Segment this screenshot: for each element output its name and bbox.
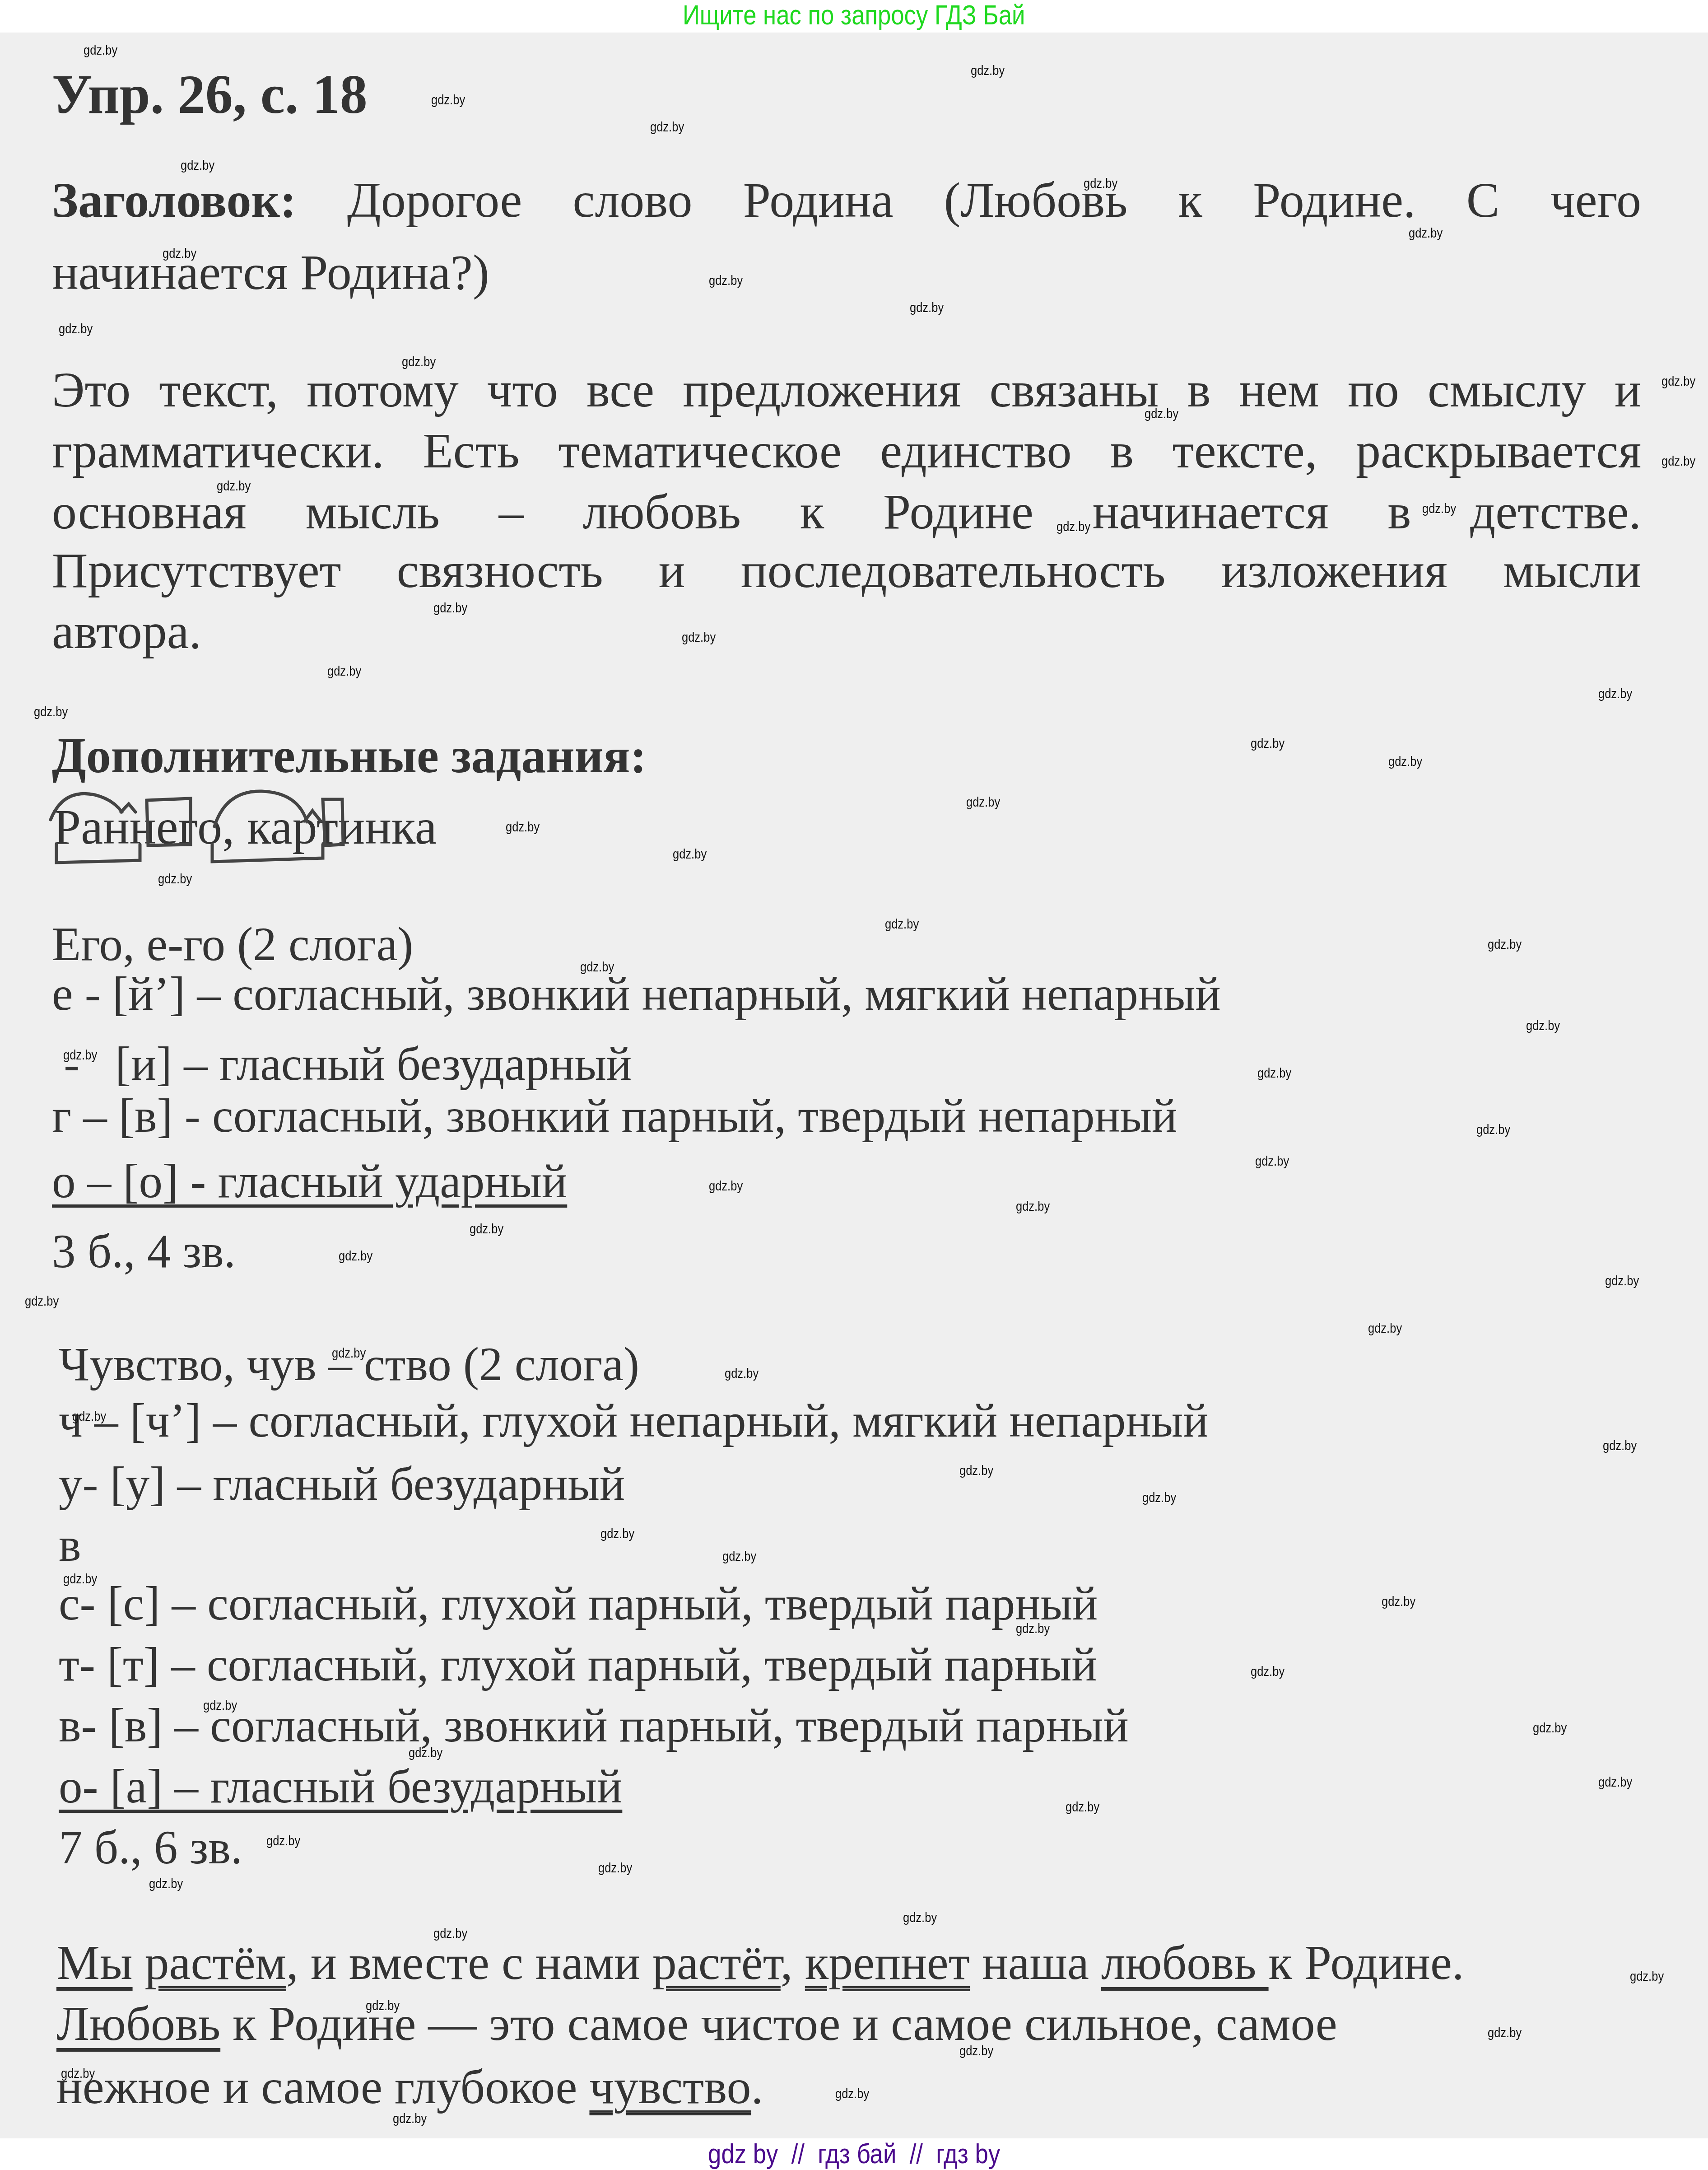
phonetic-summary: 3 б., 4 зв. — [52, 1224, 236, 1279]
watermark: gdz.by — [470, 1222, 503, 1237]
sentence-line-3: нежное и самое глубокое чувство. — [56, 2059, 763, 2115]
watermark: gdz.by — [1488, 2025, 1522, 2041]
paragraph-line: Это текст, потому что все предложения св… — [52, 361, 1641, 419]
watermark: gdz.by — [971, 63, 1005, 79]
paragraph-line: автора. — [52, 603, 201, 660]
phonetic-header: Его, е-го (2 слога) — [52, 917, 413, 971]
watermark: gdz.by — [431, 93, 465, 108]
phonetic-line: ч – [ч’] – согласный, глухой непарный, м… — [59, 1393, 1208, 1448]
text: , — [781, 1936, 805, 1990]
watermark: gdz.by — [25, 1294, 59, 1309]
top-banner-text: Ищите нас по запросу ГДЗ Бай — [683, 0, 1025, 31]
watermark: gdz.by — [580, 960, 614, 975]
heading-word: слово — [573, 173, 693, 228]
text — [133, 1936, 145, 1990]
phonetic-line: о – [о] - гласный ударный — [52, 1154, 567, 1209]
text: наша — [970, 1936, 1101, 1990]
watermark: gdz.by — [885, 917, 919, 932]
text: к Родине. — [1269, 1936, 1464, 1990]
watermark: gdz.by — [217, 479, 251, 494]
watermark: gdz.by — [682, 630, 716, 645]
paragraph-line: грамматически. Есть тематическое единств… — [52, 422, 1641, 480]
predicate: чувство — [589, 2060, 751, 2114]
heading-label: Заголовок: — [52, 173, 296, 228]
watermark: gdz.by — [332, 1346, 366, 1361]
phonetic-summary: 7 б., 6 зв. — [59, 1820, 242, 1875]
watermark: gdz.by — [1142, 1490, 1176, 1506]
bottom-banner: gdz by // гдз бай // гдз by — [0, 2138, 1708, 2170]
watermark: gdz.by — [59, 322, 93, 337]
suffix-caret-icon — [305, 811, 321, 821]
watermark: gdz.by — [1488, 937, 1522, 952]
phonetic-header: Чувство, чув – ство (2 слога) — [59, 1337, 639, 1391]
watermark: gdz.by — [1605, 1274, 1639, 1289]
watermark: gdz.by — [1255, 1154, 1289, 1169]
watermark: gdz.by — [709, 1179, 743, 1194]
watermark: gdz.by — [72, 1409, 106, 1424]
phonetic-line: в — [59, 1517, 81, 1572]
watermark: gdz.by — [722, 1549, 756, 1564]
watermark: gdz.by — [1526, 1018, 1560, 1034]
text: нежное и самое глубокое — [56, 2060, 589, 2114]
watermark: gdz.by — [903, 1910, 937, 1926]
watermark: gdz.by — [835, 2086, 869, 2102]
predicate: растём — [145, 1936, 286, 1990]
watermark: gdz.by — [966, 795, 1000, 810]
watermark: gdz.by — [1251, 1664, 1284, 1680]
heading-word: Родине. — [1253, 173, 1415, 228]
watermark: gdz.by — [266, 1834, 300, 1849]
watermark: gdz.by — [366, 1998, 400, 2014]
subject: Любовь — [56, 1997, 220, 2051]
watermark: gdz.by — [1016, 1199, 1050, 1214]
watermark: gdz.by — [1145, 406, 1178, 422]
watermark: gdz.by — [673, 847, 707, 862]
extra-tasks-heading: Дополнительные задания: — [52, 727, 647, 784]
watermark: gdz.by — [1630, 1969, 1664, 1984]
watermark: gdz.by — [1382, 1594, 1415, 1610]
phonetic-line: т- [т] – согласный, глухой парный, тверд… — [59, 1637, 1097, 1692]
watermark: gdz.by — [1603, 1438, 1637, 1454]
root-arc-icon — [51, 793, 122, 820]
watermark: gdz.by — [1257, 1066, 1291, 1081]
watermark: gdz.by — [84, 43, 117, 58]
watermark: gdz.by — [1661, 454, 1695, 469]
watermark: gdz.by — [959, 1463, 993, 1479]
paragraph-line: Присутствует связность и последовательно… — [52, 542, 1641, 599]
watermark: gdz.by — [402, 355, 436, 370]
phonetic-line: о- [а] – гласный безударный — [59, 1759, 622, 1814]
heading-line-1: Заголовок: Дорогое слово Родина (Любовь … — [52, 172, 1641, 229]
ending-box-icon — [147, 798, 191, 845]
heading-word: Дорогое — [347, 173, 522, 228]
predicate: растёт — [652, 1936, 781, 1990]
watermark: gdz.by — [327, 664, 361, 679]
page-title: Упр. 26, с. 18 — [52, 63, 368, 126]
watermark: gdz.by — [181, 158, 214, 173]
heading-line-2: начинается Родина?) — [52, 244, 489, 301]
watermark: gdz.by — [1016, 1621, 1050, 1637]
stem-bracket-icon — [56, 845, 140, 863]
watermark: gdz.by — [63, 1048, 97, 1063]
watermark: gdz.by — [61, 2066, 95, 2081]
subject: Мы — [56, 1936, 133, 1990]
watermark: gdz.by — [1422, 501, 1456, 517]
watermark: gdz.by — [506, 820, 540, 835]
text: . — [751, 2060, 763, 2114]
watermark: gdz.by — [959, 2044, 993, 2059]
morpheme-marks — [45, 786, 497, 876]
watermark: gdz.by — [1409, 226, 1443, 241]
suffix-caret-icon — [121, 804, 135, 812]
text: , и вместе с нами — [286, 1936, 652, 1990]
phonetic-line: - [и] – гласный безударный — [52, 1036, 632, 1091]
phonetic-line: е - [й’] – согласный, звонкий непарный, … — [52, 966, 1221, 1021]
morpheme-analysis: Раннего, картинка — [45, 786, 497, 876]
watermark: gdz.by — [1533, 1721, 1567, 1736]
root-arc-icon — [214, 791, 307, 826]
phonetic-line: у- [у] – гласный безударный — [59, 1456, 625, 1511]
paragraph-line: основная мысль – любовь к Родине начинае… — [52, 483, 1641, 541]
watermark: gdz.by — [34, 705, 68, 720]
sentence-line-2: Любовь к Родине — это самое чистое и сам… — [56, 1996, 1337, 2052]
watermark: gdz.by — [598, 1861, 632, 1876]
phonetic-line: с- [с] – согласный, глухой парный, тверд… — [59, 1576, 1098, 1631]
watermark: gdz.by — [725, 1366, 759, 1381]
phonetic-line: г – [в] - согласный, звонкий парный, тве… — [52, 1088, 1177, 1143]
watermark: gdz.by — [1598, 1775, 1632, 1790]
watermark: gdz.by — [1056, 519, 1090, 535]
top-banner: Ищите нас по запросу ГДЗ Бай — [0, 0, 1708, 33]
watermark: gdz.by — [149, 1876, 183, 1892]
watermark: gdz.by — [1388, 754, 1422, 770]
watermark: gdz.by — [393, 2111, 427, 2127]
watermark: gdz.by — [158, 872, 192, 887]
heading-word: С — [1466, 173, 1499, 228]
predicate: крепнет — [805, 1936, 970, 1990]
watermark: gdz.by — [1661, 374, 1695, 389]
watermark: gdz.by — [433, 601, 467, 616]
watermark: gdz.by — [1598, 686, 1632, 702]
watermark: gdz.by — [1476, 1122, 1510, 1138]
watermark: gdz.by — [910, 300, 944, 316]
watermark: gdz.by — [163, 246, 196, 261]
heading-word: к — [1178, 173, 1202, 228]
watermark: gdz.by — [1066, 1800, 1099, 1815]
watermark: gdz.by — [1084, 176, 1117, 191]
watermark: gdz.by — [1368, 1321, 1402, 1336]
watermark: gdz.by — [63, 1572, 97, 1587]
subject: любовь — [1101, 1936, 1269, 1990]
watermark: gdz.by — [409, 1745, 442, 1761]
watermark: gdz.by — [709, 273, 743, 289]
stem-bracket-icon — [212, 845, 323, 862]
heading-word: Родина — [743, 173, 894, 228]
watermark: gdz.by — [600, 1526, 634, 1542]
watermark: gdz.by — [203, 1698, 237, 1713]
heading-word: чего — [1550, 173, 1641, 228]
ending-box-icon — [323, 799, 343, 845]
bottom-banner-text: gdz by // гдз бай // гдз by — [708, 2138, 1000, 2170]
sentence-line-1: Мы растём, и вместе с нами растёт, крепн… — [56, 1935, 1464, 1991]
watermark: gdz.by — [1251, 736, 1284, 751]
watermark: gdz.by — [339, 1249, 372, 1264]
watermark: gdz.by — [433, 1926, 467, 1941]
watermark: gdz.by — [650, 120, 684, 135]
